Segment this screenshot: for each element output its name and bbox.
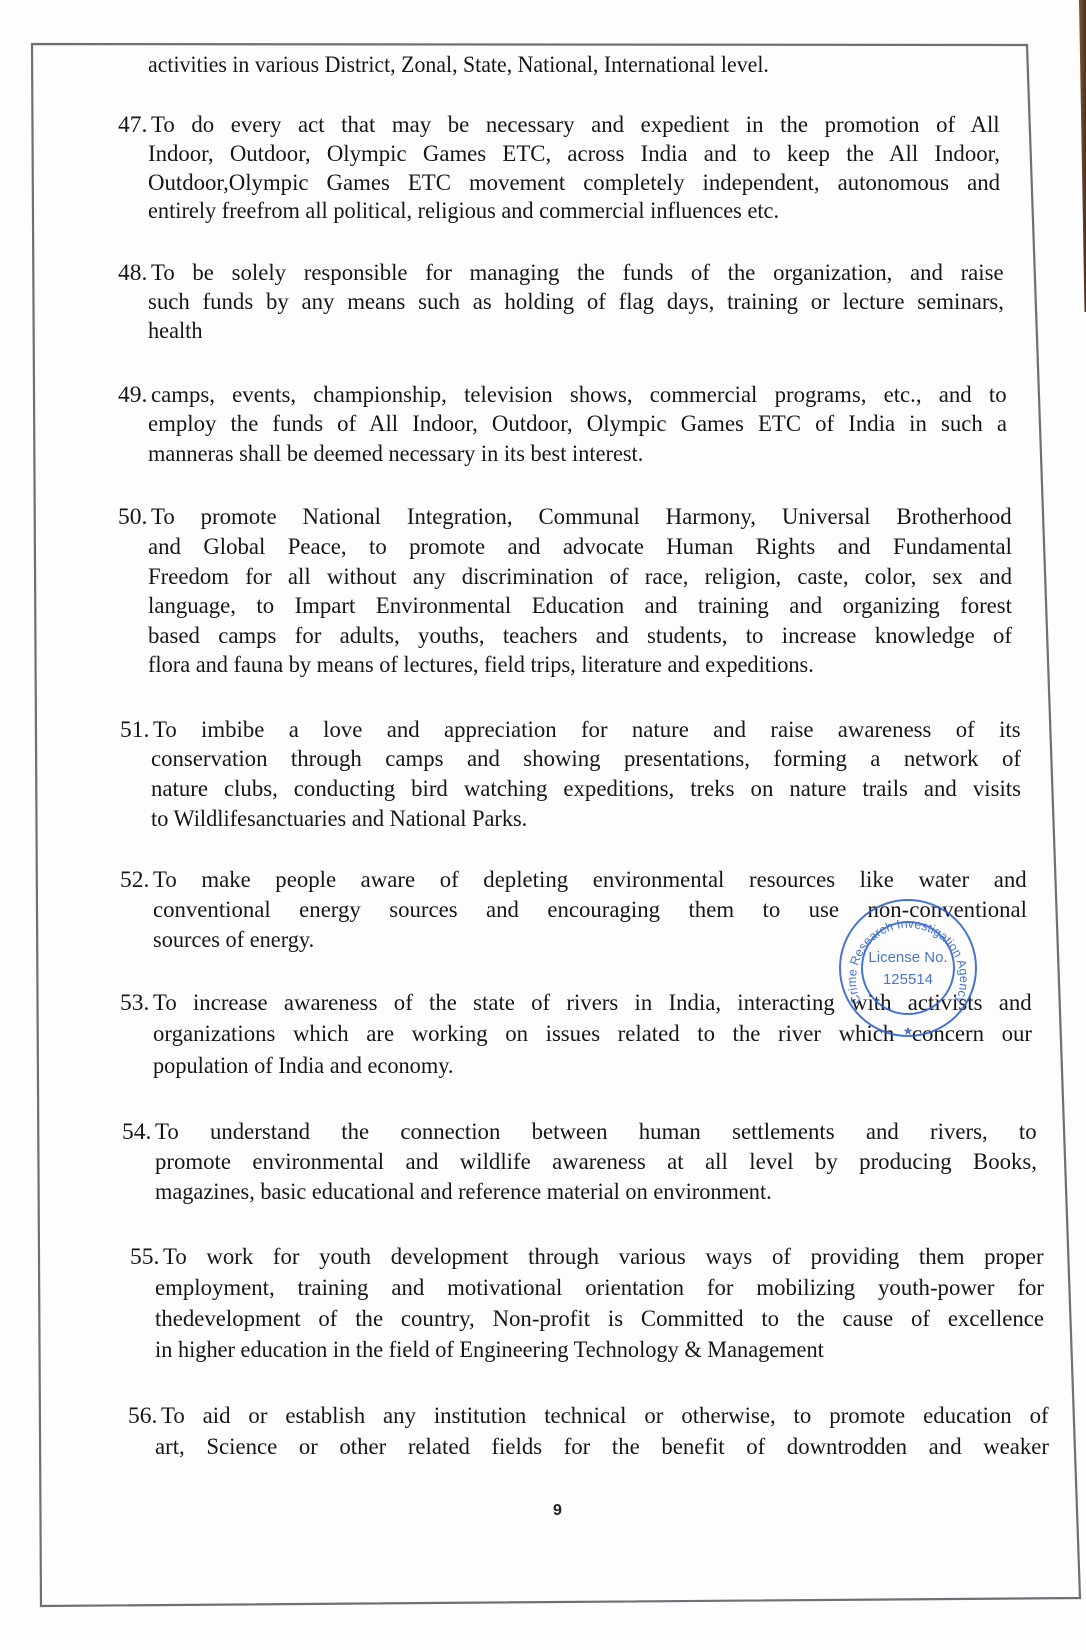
item-number: 54. (122, 1121, 151, 1145)
item-text-line: and Global Peace, to promote and advocat… (148, 536, 1012, 560)
item-number: 49. (118, 384, 147, 408)
item-text-line: To be solely responsible for managing th… (151, 262, 1004, 286)
item-text-line: language, to Impart Environmental Educat… (148, 595, 1012, 619)
item-number: 50. (118, 506, 147, 530)
item-text-line: promote environmental and wildlife aware… (155, 1151, 1037, 1175)
item-text-line: art, Science or other related fields for… (155, 1436, 1049, 1460)
item-text-line: thedevelopment of the country, Non-profi… (155, 1308, 1044, 1332)
item-text-line: To work for youth development through va… (163, 1246, 1044, 1270)
item-text-line: To make people aware of depleting enviro… (153, 869, 1027, 893)
item-text-line: camps, events, championship, television … (151, 384, 1007, 408)
item-text-line: in higher education in the field of Engi… (155, 1339, 824, 1363)
item-text-line: magazines, basic educational and referen… (155, 1181, 772, 1205)
star-icon: ★ (903, 1024, 914, 1038)
item-text-line: employment, training and motivational or… (155, 1277, 1044, 1301)
stamp-license-label: License No. (868, 949, 947, 966)
item-text-line: population of India and economy. (153, 1055, 453, 1079)
item-text-line: health (148, 320, 203, 344)
item-text-line: Indoor, Outdoor, Olympic Games ETC, acro… (148, 143, 1000, 167)
item-number: 48. (118, 262, 147, 286)
intro-line: activities in various District, Zonal, S… (148, 54, 769, 78)
page-number: 9 (553, 1502, 562, 1520)
license-stamp: Crime Research Investigation Agency of I… (836, 896, 980, 1040)
item-text-line: manneras shall be deemed necessary in it… (148, 443, 643, 467)
item-number: 47. (118, 114, 147, 138)
item-text-line: entirely freefrom all political, religio… (148, 200, 779, 224)
item-text-line: flora and fauna by means of lectures, fi… (148, 654, 814, 678)
item-number: 56. (128, 1405, 157, 1429)
item-text-line: To imbibe a love and appreciation for na… (153, 719, 1021, 743)
item-text-line: employ the funds of All Indoor, Outdoor,… (148, 413, 1007, 437)
item-text-line: conservation through camps and showing p… (151, 748, 1021, 772)
item-text-line: nature clubs, conducting bird watching e… (151, 778, 1021, 802)
item-number: 52. (120, 869, 149, 893)
stamp-license-number: 125514 (883, 971, 933, 988)
item-text-line: Outdoor,Olympic Games ETC movement compl… (148, 172, 1000, 196)
item-text-line: to Wildlifesanctuaries and National Park… (151, 808, 527, 832)
item-number: 55. (130, 1246, 159, 1270)
item-text-line: sources of energy. (153, 929, 314, 953)
binding-edge (1076, 0, 1086, 312)
item-text-line: such funds by any means such as holding … (148, 291, 1004, 315)
item-text-line: Freedom for all without any discriminati… (148, 566, 1012, 590)
item-text-line: To do every act that may be necessary an… (151, 114, 1000, 138)
item-text-line: To promote National Integration, Communa… (151, 506, 1012, 530)
item-text-line: To understand the connection between hum… (155, 1121, 1037, 1145)
item-number: 51. (120, 719, 149, 743)
item-text-line: based camps for adults, youths, teachers… (148, 625, 1012, 649)
item-text-line: To aid or establish any institution tech… (161, 1405, 1049, 1429)
item-number: 53. (120, 992, 149, 1016)
